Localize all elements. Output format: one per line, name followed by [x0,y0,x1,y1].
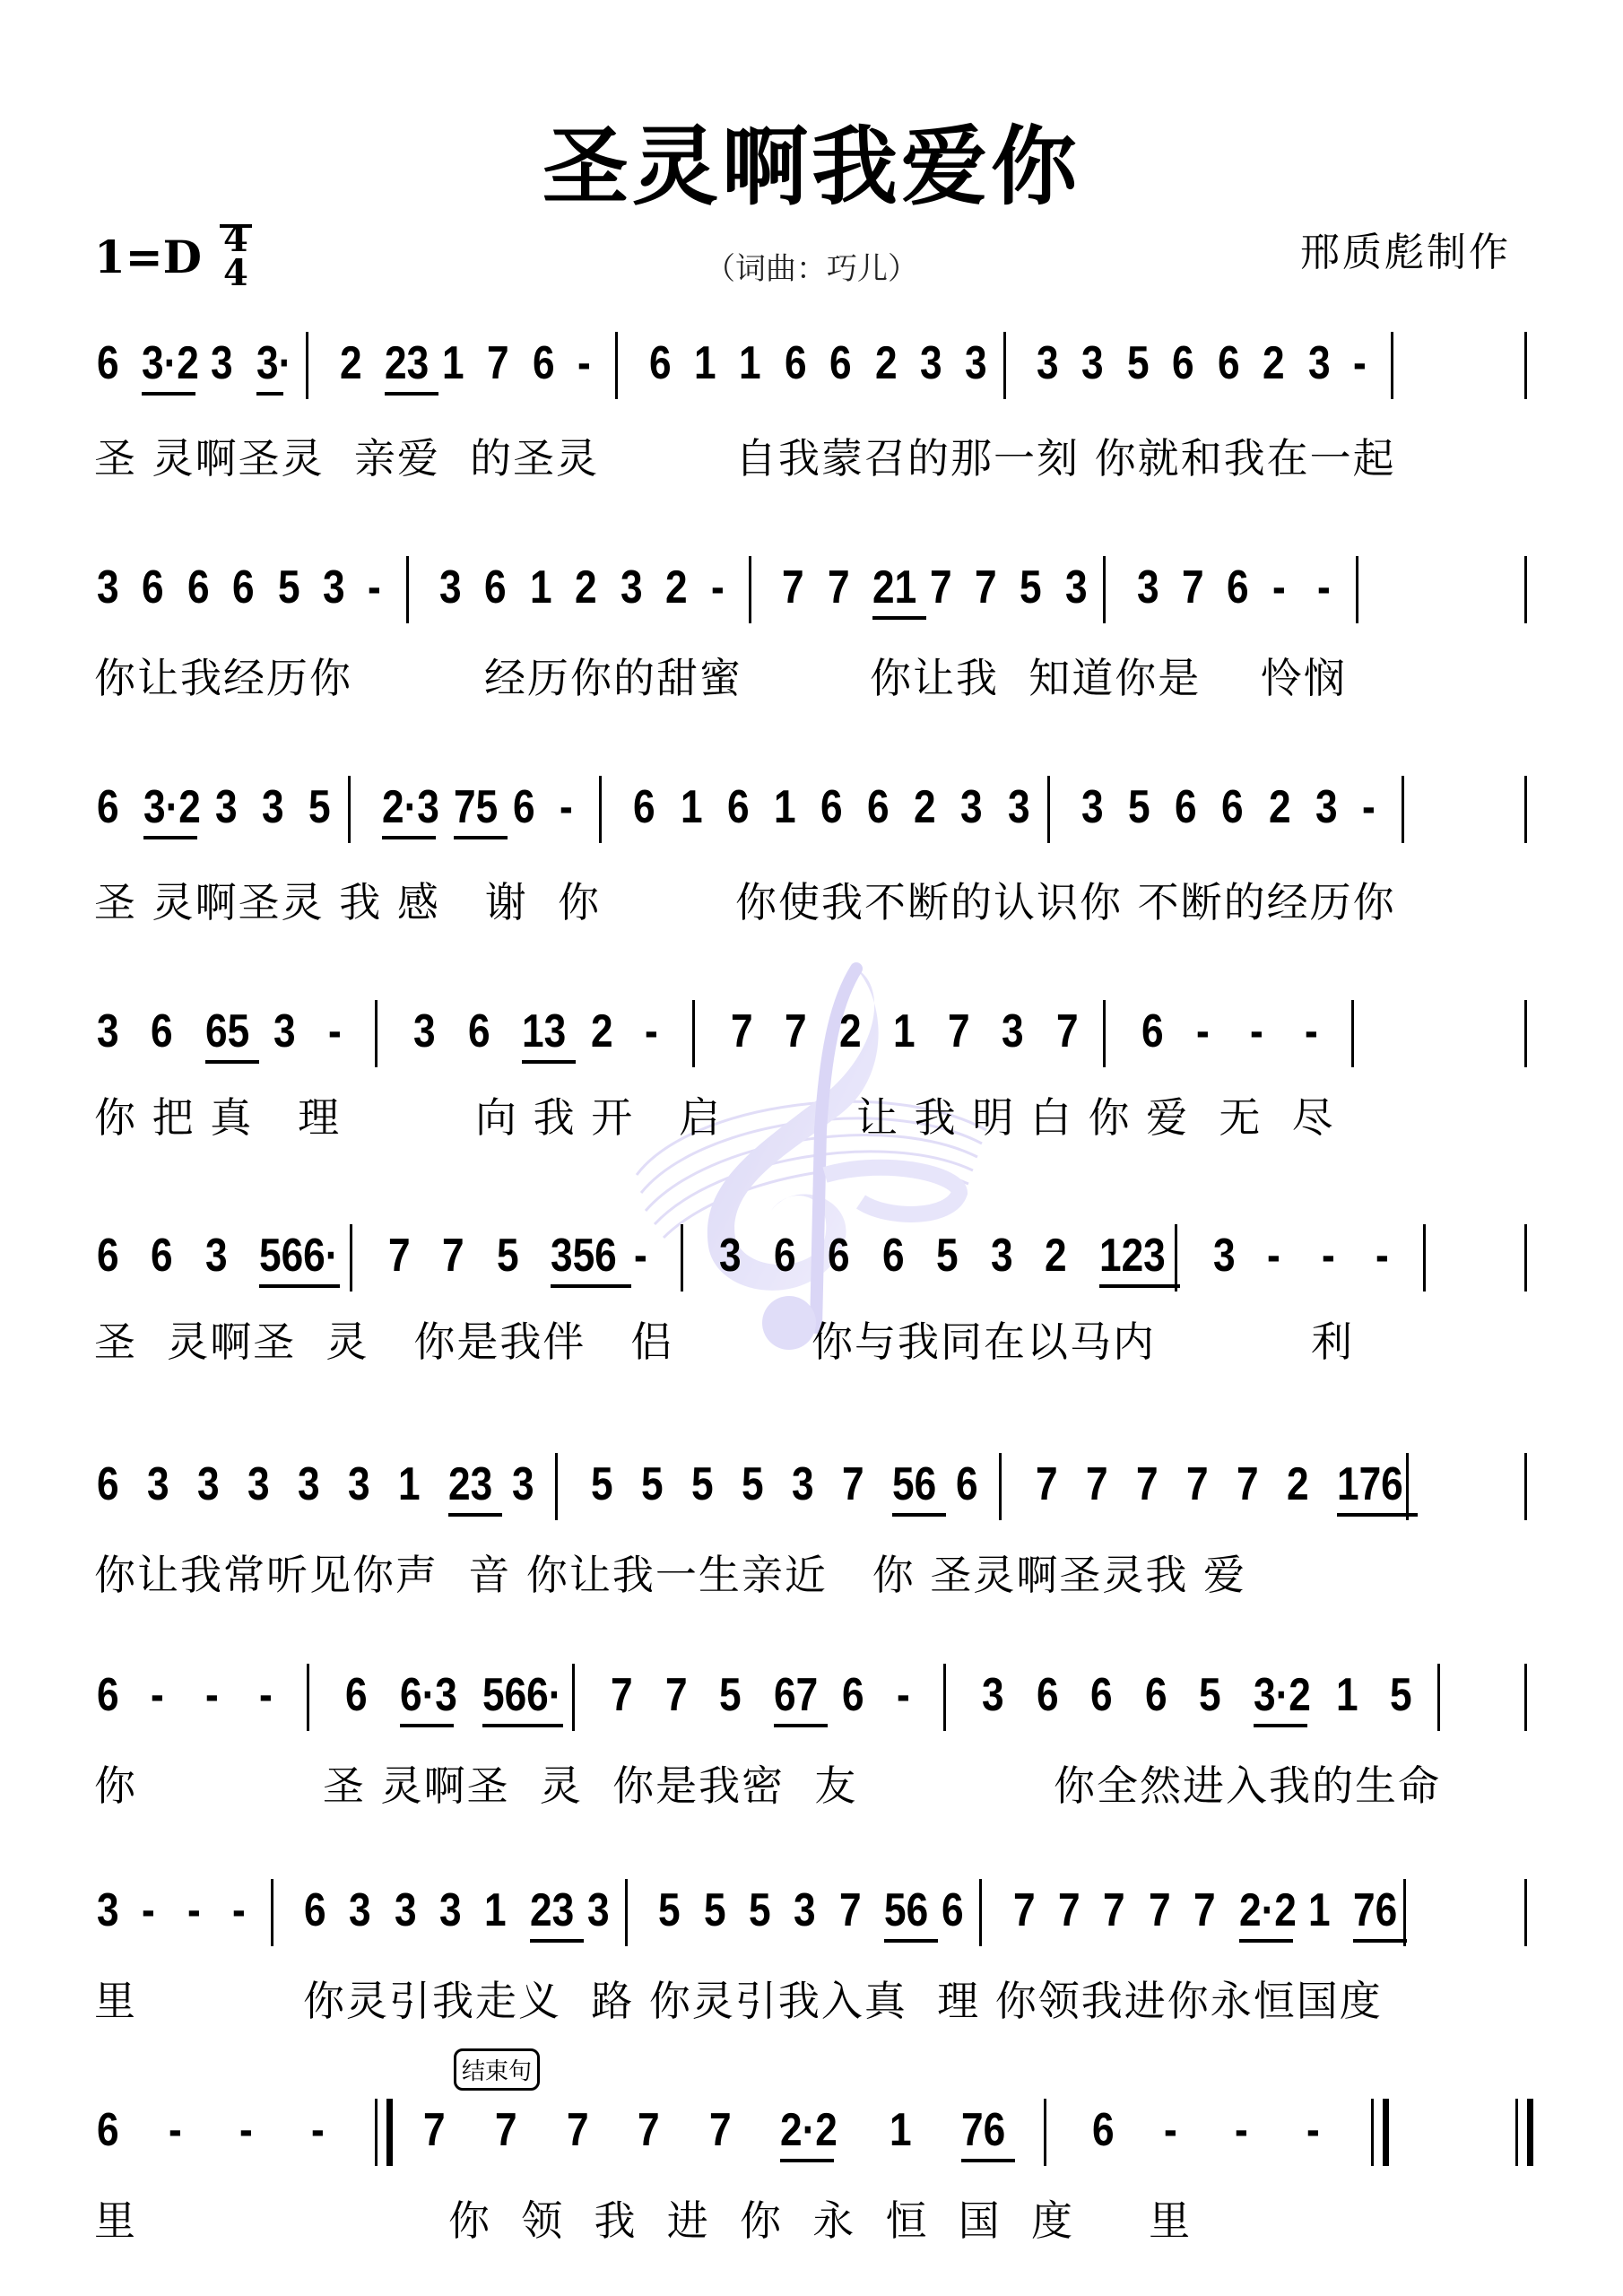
barline [1351,1000,1354,1067]
note: 3 [965,336,987,390]
note: 7 [1193,1883,1216,1937]
barline [1524,776,1527,843]
note: 5 [1199,1668,1221,1722]
note: 6 [151,1004,173,1058]
note: 6 [345,1668,368,1722]
note: 123 [1099,1229,1166,1283]
note: 5 [308,780,331,834]
barline [1402,776,1404,843]
lyric-line: 你 [94,1753,137,1813]
barline [306,332,308,399]
underline-beam [205,1060,259,1064]
underline-beam [780,2159,834,2162]
note: 3·2 [143,780,201,834]
barline [1047,776,1050,843]
dash-extension: - [1272,561,1286,614]
note: 1 [774,780,796,834]
note: 6 [882,1229,905,1283]
barline [1103,1000,1106,1067]
note: 3 [97,1004,119,1058]
note: 6 [97,2103,119,2157]
note: 5 [278,561,300,614]
dash-extension: - [205,1668,219,1722]
note: 5 [1128,780,1150,834]
note: 2 [591,1004,613,1058]
note: 5 [641,1457,664,1511]
note: 3 [262,780,284,834]
lyric-line: 圣 灵啊圣灵 亲爱 的圣灵 [94,426,599,485]
dash-extension: - [1376,1229,1389,1283]
note: 3 [439,1883,462,1937]
lyric-line: 你 领 我 进 你 永 恒 国 度 里 [448,2188,1192,2248]
note: 7 [487,336,509,390]
note: 3 [719,1229,742,1283]
barline [1524,1453,1527,1520]
underline-beam [1353,1939,1407,1943]
lyric-line: 圣 灵啊圣 灵 你是我密 友 [323,1753,857,1813]
note: 76 [961,2103,1005,2157]
underline-beam [142,392,195,396]
note: 1 [398,1457,421,1511]
lyric-line: 里 [94,2188,137,2248]
note: 7 [828,561,850,614]
note: 7 [1149,1883,1171,1937]
note: 23 [385,336,429,390]
note: 2 [1045,1229,1067,1283]
song-title: 圣灵啊我爱你 [0,99,1623,222]
note: 1 [1336,1668,1358,1722]
underline-beam [961,2159,1015,2162]
barline [271,1879,273,1946]
lyric-line: 你与我同在以马内 [811,1309,1156,1369]
barline [681,1224,683,1291]
barline [1524,1879,1527,1946]
lyric-line: 你让我 知道你是 怜悯 [870,646,1347,705]
note: 3 [439,561,462,614]
note: 2·3 [382,780,439,834]
note: 2·2 [780,2103,838,2157]
note: 5 [1020,561,1042,614]
note: 6 [151,1229,173,1283]
note: 5 [704,1883,726,1937]
underline-beam [774,1724,828,1727]
barline [625,1879,628,1946]
note: 3 [215,780,238,834]
note: 6 [304,1883,326,1937]
note: 3 [621,561,643,614]
lyric-line: 你让我常听见你声 音 你让我一生亲近 你 圣灵啊圣灵我 爱 [94,1543,1246,1602]
note: 3 [1308,336,1331,390]
barline [350,1224,352,1291]
note: 7 [1103,1883,1125,1937]
dash-extension: - [711,561,725,614]
note: 1 [484,1883,507,1937]
note: 2 [665,561,688,614]
note: 3 [413,1004,436,1058]
barline [615,332,618,399]
barline [692,1000,695,1067]
note: 6 [97,1668,119,1722]
barline [1356,556,1358,623]
lyric-line: 自我蒙召的那一刻 你就和我在一起 [735,426,1396,485]
note: 3 [298,1457,320,1511]
dash-extension: - [232,1883,246,1937]
underline-beam [256,392,283,396]
note: 5 [1127,336,1150,390]
note: 1 [530,561,552,614]
barline [1524,332,1527,399]
note: 7 [1036,1457,1058,1511]
note: 65 [205,1004,249,1058]
note: 7 [1013,1883,1036,1937]
note: 2 [914,780,936,834]
dash-extension: - [187,1883,201,1937]
note: 6 [727,780,750,834]
dash-extension: - [897,1668,910,1722]
note: 67 [774,1668,818,1722]
note: 5 [658,1883,681,1937]
barline [1003,332,1006,399]
barline [749,556,751,623]
note: 566· [482,1668,561,1722]
underline-beam [1099,1284,1180,1288]
barline [406,556,409,623]
note: 7 [975,561,997,614]
dash-extension: - [142,1883,155,1937]
underline-beam [482,1724,563,1727]
barline [1175,1224,1177,1291]
note: 3 [273,1004,296,1058]
dash-extension: - [328,1004,342,1058]
note: 7 [1086,1457,1108,1511]
note: 3 [792,1457,814,1511]
note: 3 [147,1457,169,1511]
note: 6 [867,780,890,834]
note: 3 [211,336,233,390]
underline-beam [884,1939,938,1943]
dash-extension: - [169,2103,182,2157]
note: 3 [1065,561,1088,614]
note: 2 [1263,336,1285,390]
note: 76 [1353,1883,1397,1937]
note: 7 [709,2103,732,2157]
note: 6 [484,561,507,614]
note: 3 [920,336,942,390]
note: 2 [1269,780,1291,834]
note: 3 [97,1883,119,1937]
note: 3· [256,336,291,390]
barline [1044,2099,1046,2166]
lyric-line: 你让我经历你 [94,646,352,705]
note: 6 [1218,336,1240,390]
note: 23 [530,1883,574,1937]
lyric-line: 你 把 真 理 [94,1085,341,1144]
note: 7 [948,1004,970,1058]
barline [1406,1453,1409,1520]
note: 7 [495,2103,517,2157]
note: 6 [1037,1668,1059,1722]
dash-extension: - [1235,2103,1248,2157]
lyric-line: 利 [1311,1309,1354,1369]
underline-beam [1337,1513,1418,1517]
lyric-line: 经历你的甜蜜 [484,646,742,705]
note: 3 [1002,1004,1024,1058]
dash-extension: - [311,2103,325,2157]
underline-beam [448,1513,502,1517]
note: 5 [691,1457,714,1511]
note: 6 [649,336,672,390]
note: 3 [1081,780,1104,834]
note: 5 [1390,1668,1412,1722]
note: 6·3 [400,1668,457,1722]
underline-beam [259,1284,340,1288]
maker-credit: 邢质彪制作 [1300,220,1511,277]
note: 6 [1090,1668,1113,1722]
barline [1103,556,1106,623]
barline [979,1879,982,1946]
note: 3 [97,561,119,614]
note: 7 [731,1004,753,1058]
dash-extension: - [645,1004,658,1058]
note: 7 [567,2103,589,2157]
lyric-line: 向 我 开 启 [475,1085,722,1144]
note: 3 [197,1457,220,1511]
dash-extension: - [1305,1004,1318,1058]
note: 6 [468,1004,490,1058]
underline-beam [385,392,438,396]
note: 2 [1287,1457,1309,1511]
note: 7 [782,561,804,614]
note: 6 [1141,1004,1164,1058]
barline [375,1000,378,1067]
underline-beam [872,616,926,620]
dash-extension: - [1322,1229,1335,1283]
note: 7 [842,1457,864,1511]
barline [1423,1224,1426,1291]
note: 6 [942,1883,964,1937]
note: 6 [187,561,210,614]
dash-extension: - [1317,561,1331,614]
barline [572,1664,575,1731]
note: 56 [892,1457,936,1511]
note: 7 [1136,1457,1159,1511]
note: 5 [936,1229,959,1283]
note: 7 [785,1004,807,1058]
note: 56 [884,1883,928,1937]
note: 5 [591,1457,613,1511]
note: 6 [1175,780,1197,834]
note: 3 [982,1668,1004,1722]
note: 3 [1137,561,1159,614]
final-double-barline [1515,2099,1533,2166]
barline [1403,1879,1406,1946]
dash-extension: - [1362,780,1376,834]
note: 6 [97,1229,119,1283]
note: 6 [829,336,852,390]
note: 23 [448,1457,492,1511]
dash-extension: - [1306,2103,1320,2157]
note: 6 [842,1668,864,1722]
note: 6 [513,780,535,834]
dash-extension: - [1267,1229,1280,1283]
note: 1 [681,780,703,834]
note: 3 [991,1229,1013,1283]
note: 7 [1182,561,1204,614]
barline [1524,1224,1527,1291]
underline-beam [382,836,436,839]
note: 566· [259,1229,338,1283]
underline-beam [1254,1724,1307,1727]
dash-extension: - [1196,1004,1210,1058]
lyric-line: 你使我不断的认识你 不断的经历你 [735,870,1396,929]
note: 75 [454,780,498,834]
note: 3 [349,1883,371,1937]
note: 7 [1186,1457,1209,1511]
dash-extension: - [1164,2103,1177,2157]
note: 3 [395,1883,417,1937]
note: 3 [247,1457,270,1511]
barline [599,776,602,843]
note: 6 [785,336,807,390]
note: 7 [611,1668,633,1722]
underline-beam [400,1724,454,1727]
note: 6 [1227,561,1249,614]
note: 7 [839,1883,862,1937]
note: 2·2 [1239,1883,1297,1937]
barline [1437,1664,1440,1731]
note: 3 [512,1457,534,1511]
note: 3 [587,1883,610,1937]
note: 3 [323,561,345,614]
note: 6 [1145,1668,1167,1722]
note: 6 [97,1457,119,1511]
dash-extension: - [239,2103,253,2157]
note: 7 [442,1229,464,1283]
note: 7 [1237,1457,1259,1511]
note: 3 [205,1229,228,1283]
note: 7 [1056,1004,1079,1058]
note: 7 [1058,1883,1081,1937]
note: 2 [340,336,362,390]
note: 7 [423,2103,446,2157]
note: 5 [497,1229,519,1283]
underline-beam [454,836,508,839]
note: 3 [1081,336,1104,390]
dash-extension: - [259,1668,273,1722]
note: 2 [875,336,898,390]
note: 3 [348,1457,370,1511]
lyric-line: 你全然进入我的生命 [1054,1753,1441,1813]
note: 1 [890,2103,912,2157]
note: 1 [893,1004,916,1058]
note: 176 [1337,1457,1403,1511]
note: 6 [828,1229,850,1283]
note: 6 [1092,2103,1115,2157]
note: 3·2 [1254,1668,1311,1722]
note: 7 [638,2103,660,2157]
note: 6 [774,1229,796,1283]
barline [307,1664,309,1731]
lyric-line: 圣 灵啊圣灵 我 感 谢 你 [94,870,601,929]
underline-beam [530,1939,584,1943]
note: 2 [575,561,597,614]
time-signature-divider [220,224,252,228]
note: 7 [388,1229,411,1283]
note: 1 [1308,1883,1331,1937]
note: 5 [719,1668,742,1722]
lyric-line: 让 我 明 白 你 爱 无 尽 [856,1085,1335,1144]
end-phrase-marker: 结束句 [454,2048,540,2091]
note: 6 [956,1457,978,1511]
note: 5 [749,1883,771,1937]
note: 3 [1213,1229,1236,1283]
dash-extension: - [368,561,381,614]
barline [943,1664,946,1731]
note: 3 [1008,780,1030,834]
note: 1 [739,336,761,390]
note: 3 [960,780,983,834]
barline [999,1453,1002,1520]
dash-extension: - [1353,336,1367,390]
note: 3 [1315,780,1338,834]
underline-beam [892,1513,946,1517]
barline [555,1453,558,1520]
note: 6 [97,780,119,834]
note: 6 [232,561,255,614]
barline [348,776,351,843]
lyric-line: 里 [94,1969,137,2028]
note: 3·2 [142,336,199,390]
dash-extension: - [1250,1004,1263,1058]
note: 6 [142,561,164,614]
note: 7 [930,561,952,614]
note: 13 [522,1004,566,1058]
double-barline [1371,2099,1389,2166]
note: 7 [665,1668,688,1722]
dash-extension: - [560,780,573,834]
note: 3 [794,1883,816,1937]
note: 1 [442,336,464,390]
note: 6 [97,336,119,390]
dash-extension: - [634,1229,647,1283]
note: 6 [533,336,555,390]
note: 1 [694,336,716,390]
dash-extension: - [151,1668,164,1722]
note: 3 [1037,336,1059,390]
barline [1524,1664,1527,1731]
barline [1524,556,1527,623]
note: 2 [839,1004,862,1058]
double-barline [375,2099,393,2166]
lyric-line: 圣 灵啊圣 灵 你是我伴 侣 [94,1309,673,1369]
dash-extension: - [577,336,591,390]
note: 5 [742,1457,764,1511]
note: 6 [633,780,655,834]
underline-beam [1239,1939,1293,1943]
underline-beam [551,1284,631,1288]
note: 6 [820,780,843,834]
barline [1391,332,1393,399]
lyric-line: 你灵引我走义 路 你灵引我入真 理 你领我进你永恒国度 [303,1969,1383,2028]
underline-beam [143,836,197,839]
note: 356 [551,1229,617,1283]
underline-beam [522,1060,576,1064]
note: 6 [1172,336,1194,390]
note: 6 [1221,780,1244,834]
barline [1524,1000,1527,1067]
note: 21 [872,561,916,614]
